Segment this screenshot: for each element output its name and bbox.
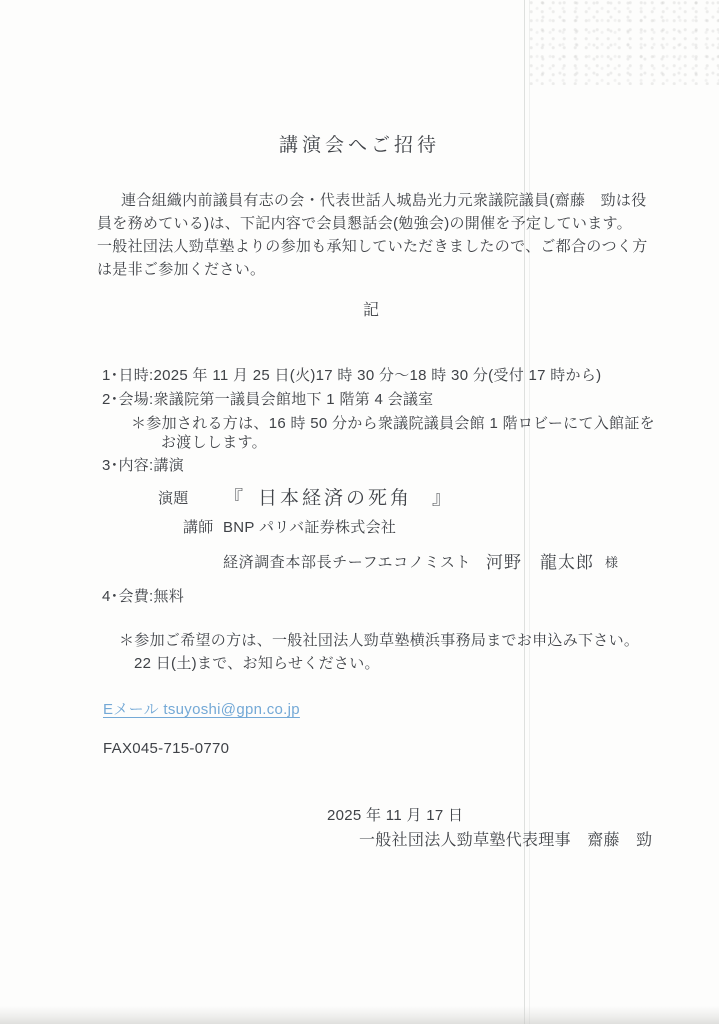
item-fee: 4･会費:無料	[102, 585, 184, 606]
application-note-line: ＊参加ご希望の方は、一般社団法人勁草塾横浜事務局までお申込み下さい。	[119, 629, 639, 650]
intro-paragraph-line: 連合組織内前議員有志の会・代表世話人城島光力元衆議院議員(齋藤 勁は役	[121, 189, 647, 210]
footer-date: 2025 年 11 月 17 日	[327, 804, 463, 825]
item-datetime: 1･日時:2025 年 11 月 25 日(火)17 時 30 分～18 時 3…	[102, 364, 601, 385]
lecture-title-label: 演題	[158, 487, 189, 508]
entry-pass-note-line: お渡しします。	[161, 431, 267, 452]
fax-number: FAX045-715-0770	[103, 740, 229, 757]
page-bottom-scan-shadow	[0, 1006, 719, 1024]
intro-paragraph-line: 一般社団法人勁草塾よりの参加も承知していただきましたので、ご都合のつく方	[97, 235, 648, 256]
scanned-invitation-document: 講演会へご招待 連合組織内前議員有志の会・代表世話人城島光力元衆議院議員(齋藤 …	[0, 0, 719, 1024]
lecture-title-bracket-close: 』	[432, 483, 451, 510]
item-venue: 2･会場:衆議院第一議員会館地下 1 階第 4 会議室	[102, 388, 433, 409]
entry-pass-note-line: ＊参加される方は、16 時 50 分から衆議院議員会館 1 階ロビーにて入館証を	[131, 412, 655, 433]
document-title: 講演会へご招待	[0, 130, 719, 157]
speaker-name: 河野 龍太郎	[486, 548, 594, 573]
application-note-line: 22 日(土)まで、お知らせください。	[134, 652, 380, 673]
lecture-title-bracket-open: 『	[224, 483, 243, 510]
lecture-title: 日本経済の死角	[258, 483, 412, 510]
speaker-honorific: 様	[605, 552, 618, 571]
intro-paragraph-line: は是非ご参加ください。	[97, 258, 265, 279]
scan-noise-texture	[529, 0, 719, 85]
lecturer-label: 講師	[183, 516, 214, 537]
lecturer-company: BNP パリバ証券株式会社	[223, 516, 396, 537]
intro-paragraph-line: 員を務めている)は、下記内容で会員懇話会(勉強会)の開催を予定しています。	[97, 212, 632, 233]
email-link[interactable]: Eメール tsuyoshi@gpn.co.jp	[103, 698, 300, 719]
record-marker: 記	[363, 297, 379, 320]
footer-signature: 一般社団法人勁草塾代表理事 齋藤 勁	[359, 827, 652, 850]
lecturer-position-title: 経済調査本部長チーフエコノミスト	[223, 551, 471, 572]
item-content: 3･内容:講演	[102, 454, 184, 475]
